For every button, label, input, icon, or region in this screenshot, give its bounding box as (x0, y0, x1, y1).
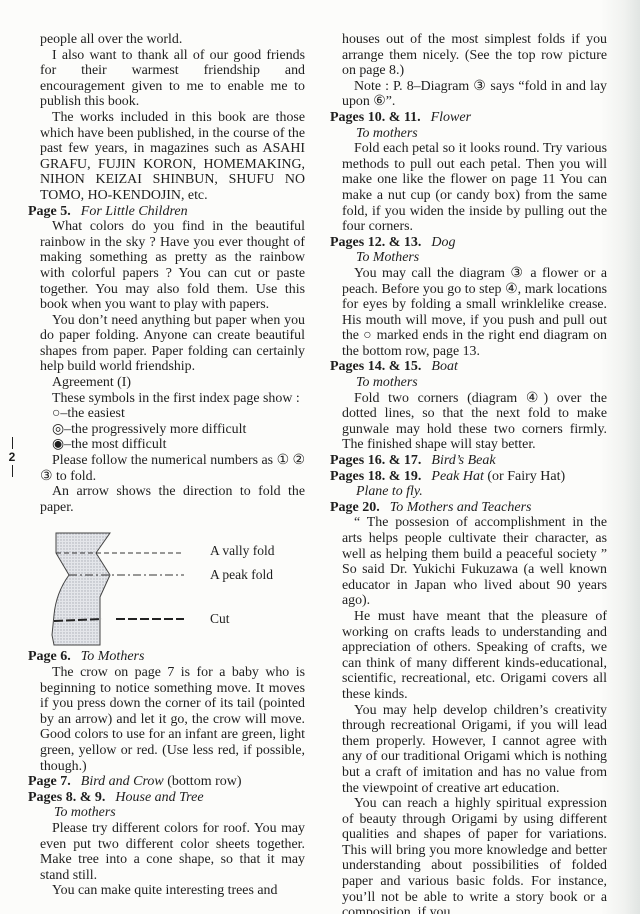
section-heading-page-5: Page 5.For Little Children (28, 204, 305, 220)
paragraph: You don’t need anything but paper when y… (30, 313, 305, 375)
heading-subtitle: For Little Children (81, 204, 188, 219)
symbol-most-difficult: ◉–the most difficult (30, 437, 305, 453)
legend-valley-fold: A vally fold (210, 543, 275, 559)
audience-label: To mothers (332, 126, 607, 142)
agreement-label: Agreement (I) (30, 375, 305, 391)
fold-line-diagram: A vally fold A peak fold Cut (30, 521, 305, 649)
paragraph: The works included in this book are thos… (30, 110, 305, 204)
page-number: 2 (6, 437, 18, 477)
page-number-rule-top (12, 437, 13, 449)
paragraph: Fold each petal so it looks round. Try v… (332, 141, 607, 235)
paragraph: Please follow the numerical numbers as ①… (30, 453, 305, 484)
double-circle-icon: ◎ (52, 422, 64, 437)
paragraph: He must have meant that the pleasure of … (332, 609, 607, 703)
audience-label: To mothers (30, 805, 305, 821)
note: Note : P. 8–Diagram ③ says “fold in and … (332, 79, 607, 110)
section-heading-pages-10-11: Pages 10. & 11.Flower (330, 110, 607, 126)
paragraph: houses out of the most simplest folds if… (332, 32, 607, 79)
symbol-list: ○–the easiest ◎–the progressively more d… (30, 406, 305, 453)
paragraph: An arrow shows the direction to fold the… (30, 484, 305, 515)
folded-paper-illustration (30, 521, 305, 649)
symbol-progressive: ◎–the progressively more difficult (30, 422, 305, 438)
page-number-text: 2 (9, 450, 16, 464)
audience-label: To Mothers (332, 250, 607, 266)
audience-label: To mothers (332, 375, 607, 391)
paragraph: people all over the world. (30, 32, 305, 48)
paragraph: You can reach a highly spiritual express… (332, 796, 607, 914)
legend-cut: Cut (210, 611, 230, 627)
paragraph: “ The possesion of accomplishment in the… (332, 515, 607, 609)
section-heading-pages-16-17: Pages 16. & 17.Bird’s Beak (330, 453, 607, 469)
section-heading-page-20: Page 20.To Mothers and Teachers (330, 500, 607, 516)
section-heading-pages-8-9: Pages 8. & 9.House and Tree (28, 790, 305, 806)
heading-label: Page 5. (28, 204, 71, 219)
section-heading-page-6: Page 6.To Mothers (28, 649, 305, 665)
paragraph: These symbols in the first index page sh… (30, 391, 305, 407)
section-heading-page-7: Page 7.Bird and Crow (bottom row) (28, 774, 305, 790)
paragraph: Please try different colors for roof. Yo… (30, 821, 305, 883)
paragraph: I also want to thank all of our good fri… (30, 48, 305, 110)
legend-peak-fold: A peak fold (210, 567, 273, 583)
right-column: houses out of the most simplest folds if… (332, 32, 607, 914)
section-heading-pages-12-13: Pages 12. & 13.Dog (330, 235, 607, 251)
subtitle-line: Plane to fly. (332, 484, 607, 500)
paragraph: Fold two corners (diagram ④) over the do… (332, 391, 607, 453)
symbol-easiest: ○–the easiest (30, 406, 305, 422)
triple-circle-icon: ◉ (52, 437, 64, 452)
paragraph: The crow on page 7 is for a baby who is … (30, 665, 305, 774)
paragraph: You may call the diagram ③ a flower or a… (332, 266, 607, 360)
section-heading-pages-14-15: Pages 14. & 15.Boat (330, 359, 607, 375)
left-column: people all over the world. I also want t… (30, 32, 305, 899)
page-number-rule-bottom (12, 465, 13, 477)
paragraph: You can make quite interesting trees and (30, 883, 305, 899)
section-heading-pages-18-19: Pages 18. & 19.Peak Hat (or Fairy Hat) (330, 469, 607, 485)
paragraph: You may help develop children’s creativi… (332, 703, 607, 797)
paragraph: What colors do you find in the beautiful… (30, 219, 305, 313)
